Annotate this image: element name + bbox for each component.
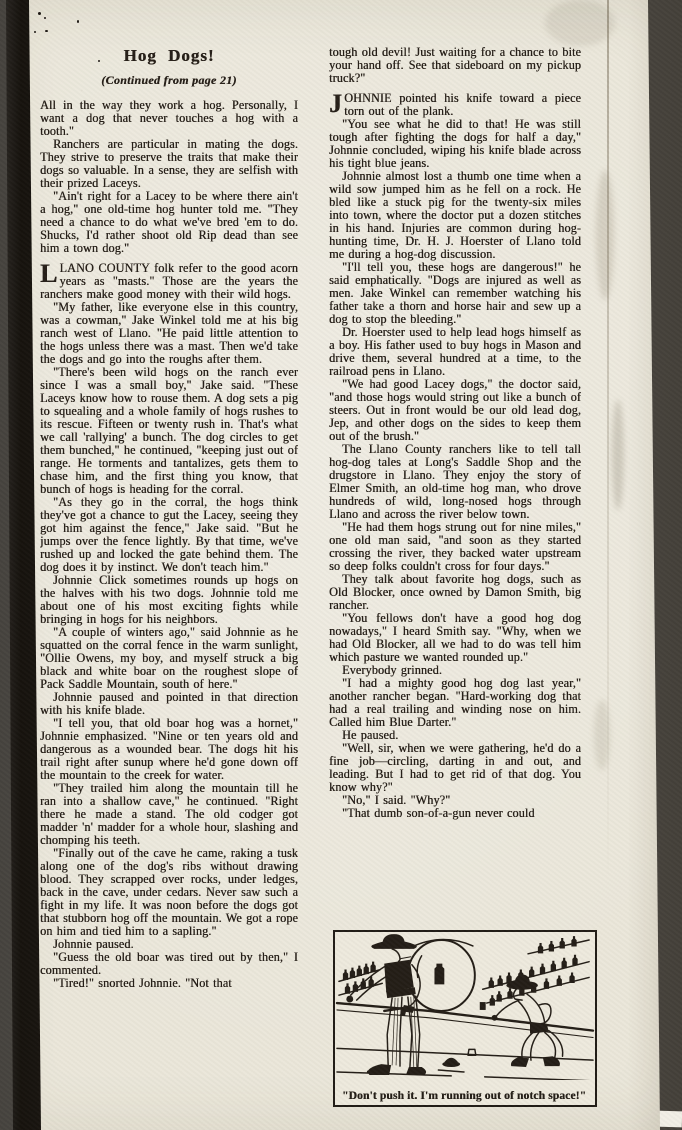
continued-from-note: (Continued from page 21)	[40, 73, 298, 88]
paragraph: "Tired!" snorted Johnnie. "Not that	[40, 977, 298, 990]
column-right: tough old devil! Just waiting for a chan…	[329, 46, 581, 912]
paragraph: Dr. Hoerster used to help lead hogs hims…	[329, 326, 581, 378]
scanned-clipping: Hog Dogs! (Continued from page 21) All i…	[0, 0, 682, 1130]
paragraph: "We had good Lacey dogs," the doctor sai…	[329, 378, 581, 443]
paragraph: Johnnie Click sometimes rounds up hogs o…	[40, 574, 298, 626]
paragraph: "As they go in the corral, the hogs thin…	[40, 496, 298, 574]
ink-speck	[77, 20, 79, 23]
paragraph: tough old devil! Just waiting for a chan…	[329, 46, 581, 85]
back-bar-shelves-right	[483, 936, 589, 1003]
paragraph: All in the way they work a hog. Personal…	[40, 99, 298, 138]
article-title: Hog Dogs!	[40, 46, 298, 66]
column-left: Hog Dogs! (Continued from page 21) All i…	[40, 40, 298, 1122]
smudge	[596, 170, 614, 300]
paragraph: "My father, like everyone else in this c…	[40, 301, 298, 366]
paragraph: Ranchers are particular in mating the do…	[40, 138, 298, 190]
smudge	[612, 400, 624, 510]
paragraph: "There's been wild hogs on the ranch eve…	[40, 366, 298, 496]
drop-cap: L	[40, 263, 57, 285]
column-left-text: All in the way they work a hog. Personal…	[40, 99, 298, 990]
paragraph: "I'll tell you, these hogs are dangerous…	[329, 261, 581, 326]
paragraph: "Finally out of the cave he came, raking…	[40, 847, 298, 938]
drop-cap: J	[329, 93, 342, 115]
paragraph: "He had them hogs strung out for nine mi…	[329, 521, 581, 573]
cartoon-caption: "Don't push it. I'm running out of notch…	[342, 1089, 590, 1103]
paragraph: The Llano County ranchers like to tell t…	[329, 443, 581, 521]
paragraph: Johnnie paused and pointed in that direc…	[40, 691, 298, 717]
paragraph: JOHNNIE pointed his knife toward a piece…	[329, 92, 581, 118]
ink-speck	[38, 12, 41, 15]
ink-speck	[34, 31, 36, 33]
paragraph: "You fellows don't have a good hog dog n…	[329, 612, 581, 664]
paragraph: "A couple of winters ago," said Johnnie …	[40, 626, 298, 691]
paragraph: Johnnie almost lost a thumb one time whe…	[329, 170, 581, 261]
back-bar-shelves-left	[339, 962, 382, 995]
paragraph: "Ain't right for a Lacey to be where the…	[40, 190, 298, 255]
saloon-cartoon-illustration	[335, 932, 595, 1080]
smudge	[594, 700, 610, 770]
paragraph: They talk about favorite hog dogs, such …	[329, 573, 581, 612]
paragraph: "I tell you, that old boar hog was a hor…	[40, 717, 298, 782]
paragraph: "That dumb son-of-a-gun never could	[329, 807, 581, 820]
paragraph: LLANO COUNTY folk refer to the good acor…	[40, 262, 298, 301]
paper-sheet: Hog Dogs! (Continued from page 21) All i…	[0, 0, 682, 1130]
paragraph: "I had a mighty good hog dog last year,"…	[329, 677, 581, 729]
smudge	[545, 0, 615, 46]
column-right-text: tough old devil! Just waiting for a chan…	[329, 46, 581, 820]
paragraph: "They trailed him along the mountain til…	[40, 782, 298, 847]
ink-speck	[45, 30, 48, 32]
paragraph: "You see what he did to that! He was sti…	[329, 118, 581, 170]
cartoon-panel: "Don't push it. I'm running out of notch…	[333, 930, 597, 1107]
ink-speck	[44, 17, 46, 19]
paragraph: "Well, sir, when we were gathering, he'd…	[329, 742, 581, 794]
paragraph: "Guess the old boar was tired out by the…	[40, 951, 298, 977]
